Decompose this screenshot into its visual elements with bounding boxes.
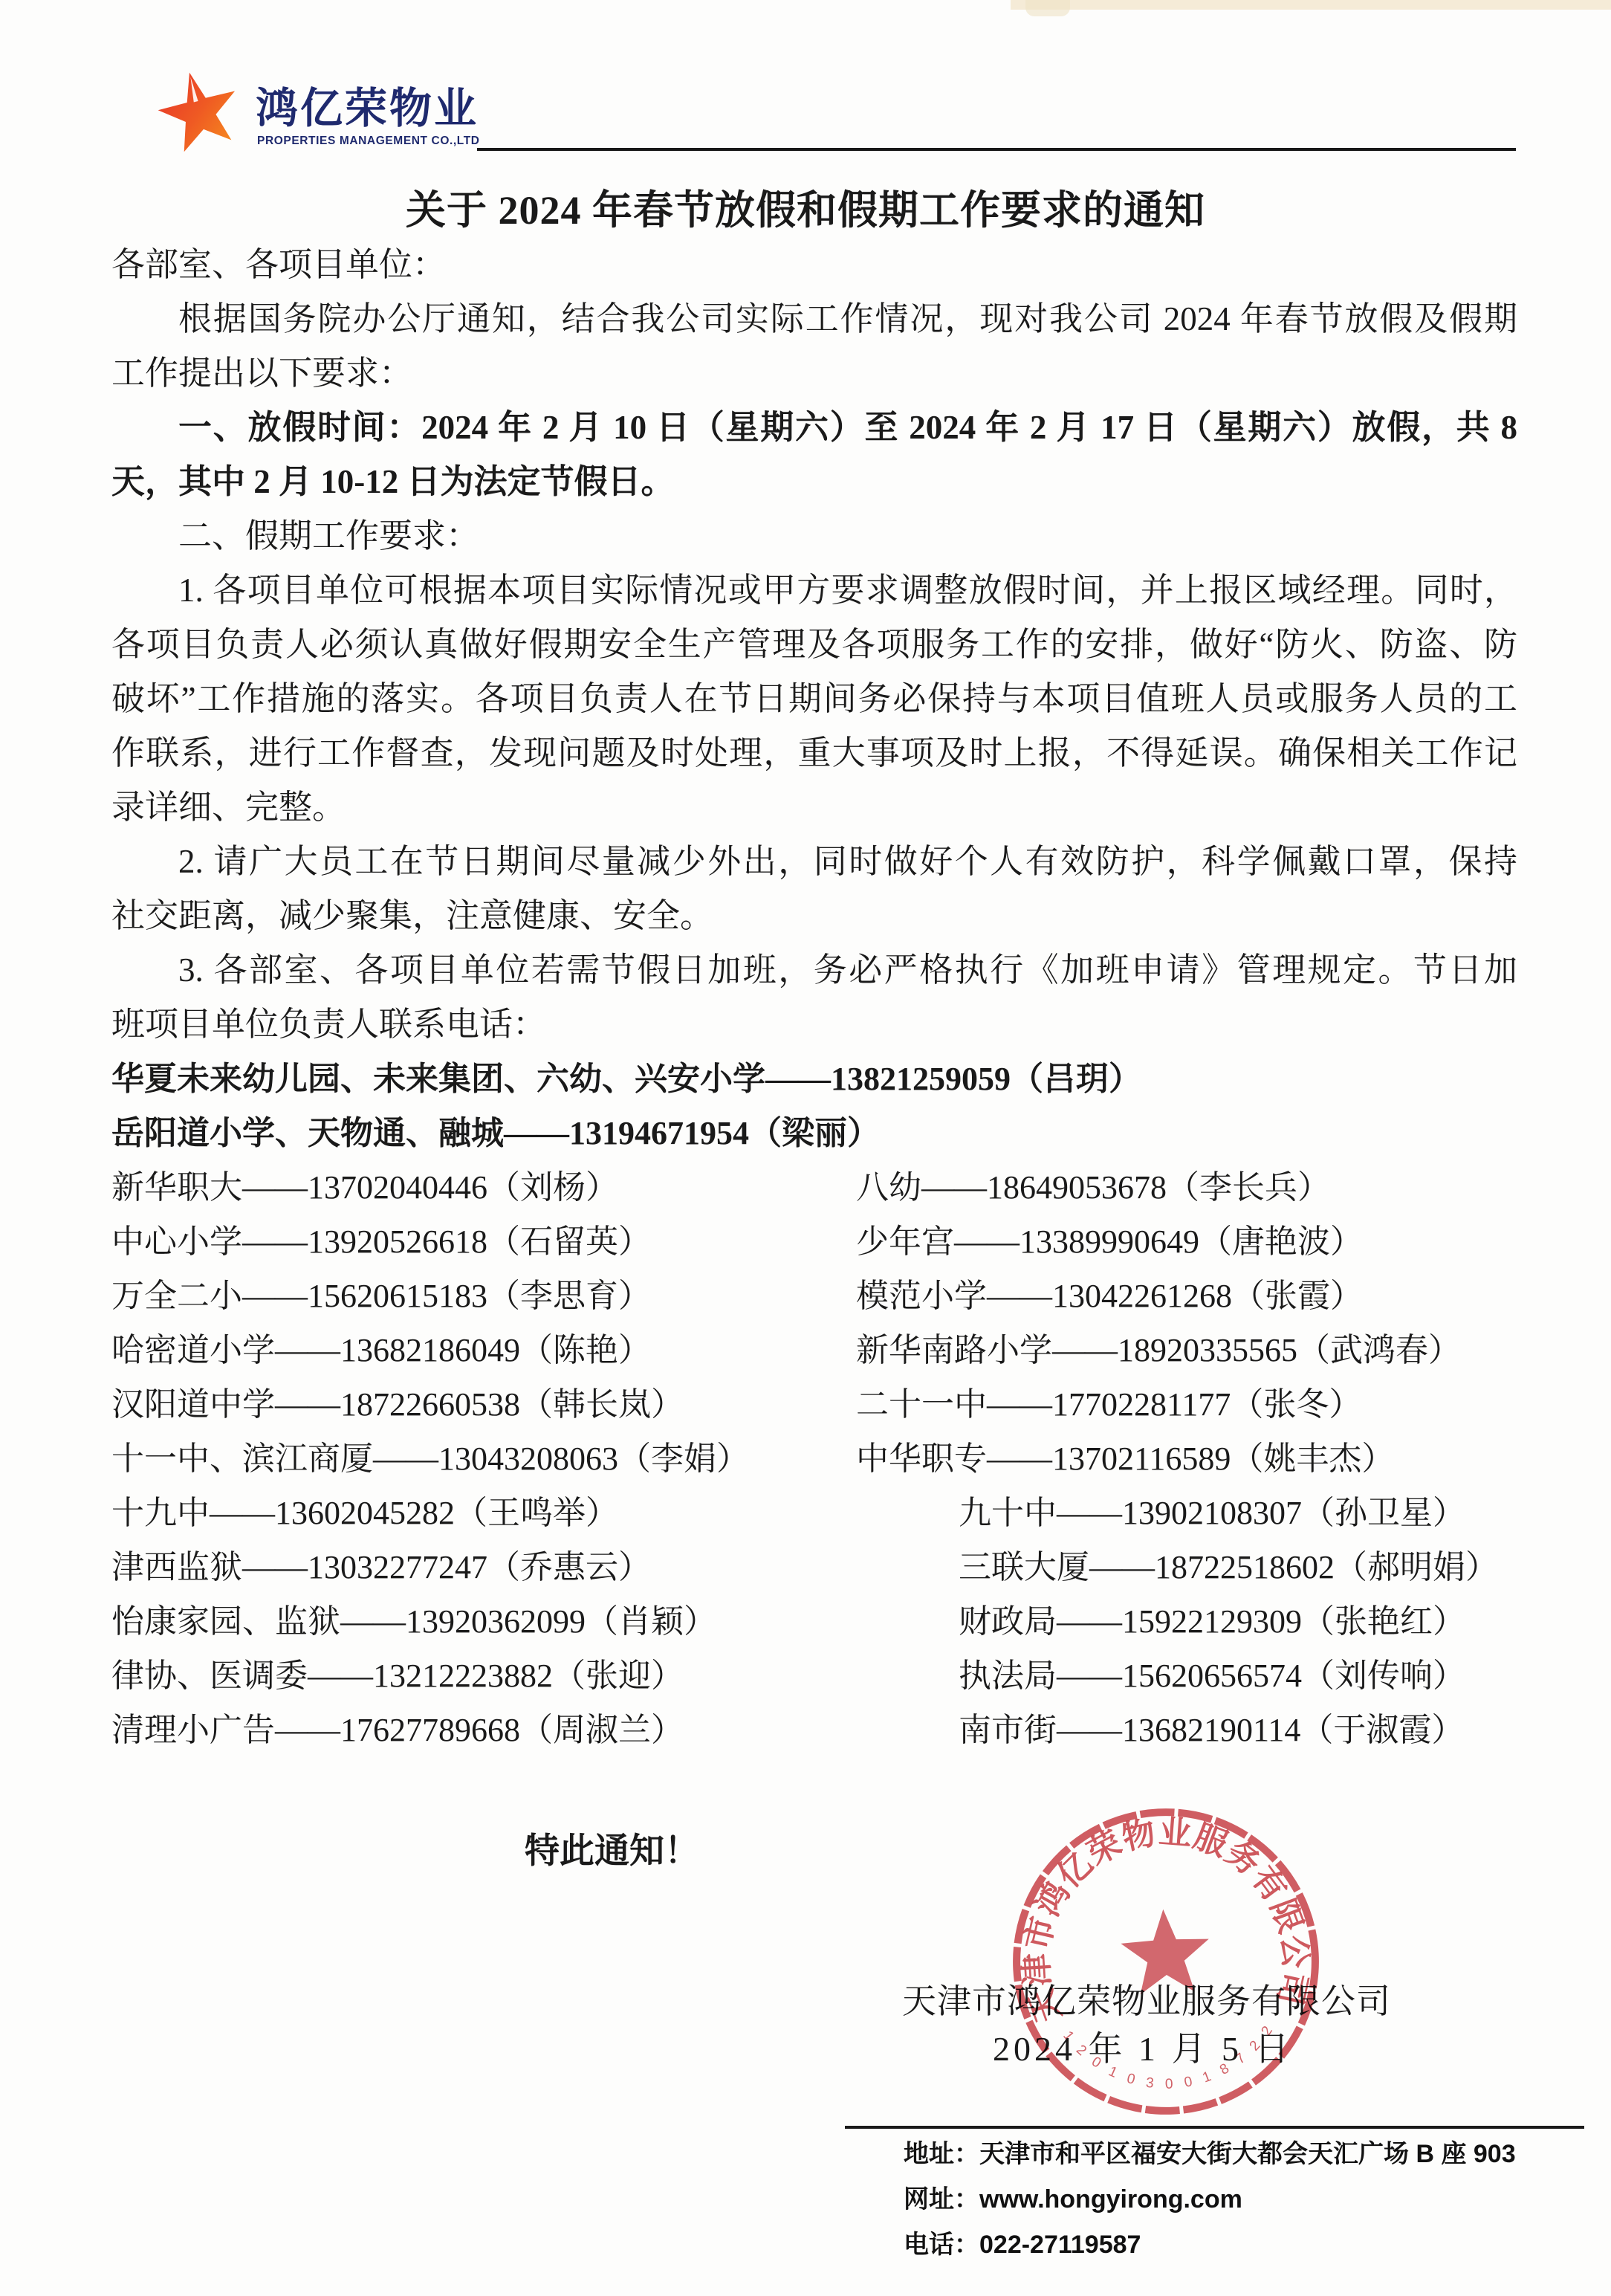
footer-address: 地址：天津市和平区福安大街大都会天汇广场 B 座 903 bbox=[904, 2132, 1602, 2177]
contact-left: 怡康家园、监狱——13920362099（肖颖） bbox=[111, 1594, 716, 1649]
footer: 地址：天津市和平区福安大街大都会天汇广场 B 座 903 网址：www.hong… bbox=[904, 2132, 1602, 2268]
body-line: 天，其中 2 月 10-12 日为法定节假日。 bbox=[111, 455, 1517, 509]
body-line: 作联系，进行工作督查，发现问题及时处理，重大事项及时上报，不得延误。确保相关工作… bbox=[111, 726, 1517, 780]
contact-right: 八幼——18649053678（李长兵） bbox=[856, 1160, 1330, 1215]
body-line: 工作提出以下要求： bbox=[111, 346, 1517, 401]
contact-line: 岳阳道小学、天物通、融城——13194671954（梁丽） bbox=[111, 1106, 1517, 1160]
contact-left: 十九中——13602045282（王鸣举） bbox=[111, 1486, 618, 1540]
body-line: 班项目单位负责人联系电话： bbox=[111, 997, 1517, 1052]
body-line: 各项目负责人必须认真做好假期安全生产管理及各项服务工作的安排，做好“防火、防盗、… bbox=[111, 618, 1517, 672]
contact-right: 模范小学——13042261268（张霞） bbox=[856, 1269, 1363, 1323]
header-divider-line bbox=[477, 148, 1516, 151]
body-line: 3. 各部室、各项目单位若需节假日加班，务必严格执行《加班申请》管理规定。节日加 bbox=[111, 943, 1517, 997]
footer-website: 网址：www.hongyirong.com bbox=[904, 2177, 1602, 2222]
contact-left: 津西监狱——13032277247（乔惠云） bbox=[111, 1540, 651, 1594]
contact-left: 新华职大——13702040446（刘杨） bbox=[111, 1160, 618, 1215]
contact-row: 律协、医调委——13212223882（张迎） 执法局——15620656574… bbox=[111, 1649, 1517, 1703]
contact-right: 九十中——13902108307（孙卫星） bbox=[959, 1486, 1465, 1540]
contact-right: 少年宫——13389990649（唐艳波） bbox=[856, 1215, 1363, 1269]
scan-edge-artifact bbox=[1025, 0, 1070, 16]
company-logo-subtitle: PROPERTIES MANAGEMENT CO.,LTD bbox=[257, 135, 480, 147]
contact-right: 二十一中——17702281177（张冬） bbox=[856, 1377, 1361, 1432]
page-title: 关于 2024 年春节放假和假期工作要求的通知 bbox=[0, 178, 1611, 236]
body-line: 2. 请广大员工在节日期间尽量减少外出，同时做好个人有效防护，科学佩戴口罩，保持 bbox=[111, 835, 1517, 889]
notice-document-page: 鸿亿荣物业 PROPERTIES MANAGEMENT CO.,LTD 关于 2… bbox=[0, 0, 1611, 2296]
contact-right: 中华职专——13702116589（姚丰杰） bbox=[856, 1432, 1394, 1486]
contact-row: 中心小学——13920526618（石留英） 少年宫——13389990649（… bbox=[111, 1215, 1517, 1269]
contact-row: 十九中——13602045282（王鸣举） 九十中——13902108307（孙… bbox=[111, 1486, 1517, 1540]
body-line: 录详细、完整。 bbox=[111, 780, 1517, 835]
notice-body: 各部室、各项目单位： 根据国务院办公厅通知，结合我公司实际工作情况，现对我公司 … bbox=[111, 238, 1517, 1757]
contact-row: 万全二小——15620615183（李思育） 模范小学——13042261268… bbox=[111, 1269, 1517, 1323]
contact-right: 执法局——15620656574（刘传响） bbox=[959, 1649, 1465, 1703]
contact-right: 财政局——15922129309（张艳红） bbox=[959, 1594, 1465, 1649]
company-seal-stamp-icon: 天津市鸿亿荣物业服务有限公司 1201030018722 bbox=[993, 1789, 1339, 2135]
footer-divider-line bbox=[845, 2126, 1584, 2129]
body-line: 一、放假时间：2024 年 2 月 10 日（星期六）至 2024 年 2 月 … bbox=[111, 401, 1517, 455]
body-line: 二、假期工作要求： bbox=[111, 509, 1517, 563]
contact-row: 哈密道小学——13682186049（陈艳） 新华南路小学——189203355… bbox=[111, 1323, 1517, 1377]
scan-edge-artifact bbox=[1011, 0, 1611, 10]
contact-left: 清理小广告——17627789668（周淑兰） bbox=[111, 1703, 684, 1757]
contact-row: 怡康家园、监狱——13920362099（肖颖） 财政局——1592212930… bbox=[111, 1594, 1517, 1649]
contact-row: 新华职大——13702040446（刘杨） 八幼——18649053678（李长… bbox=[111, 1160, 1517, 1215]
body-line: 社交距离，减少聚集，注意健康、安全。 bbox=[111, 889, 1517, 943]
contact-left: 律协、医调委——13212223882（张迎） bbox=[111, 1649, 684, 1703]
closing-statement: 特此通知！ bbox=[525, 1825, 699, 1879]
contact-line: 华夏未来幼儿园、未来集团、六幼、兴安小学——13821259059（吕玥） bbox=[111, 1052, 1517, 1106]
contact-row: 汉阳道中学——18722660538（韩长岚） 二十一中——1770228117… bbox=[111, 1377, 1517, 1432]
contact-right: 南市街——13682190114（于淑霞） bbox=[959, 1703, 1464, 1757]
salutation-line: 各部室、各项目单位： bbox=[111, 238, 1517, 292]
body-line: 根据国务院办公厅通知，结合我公司实际工作情况，现对我公司 2024 年春节放假及… bbox=[111, 292, 1517, 346]
body-line: 破坏”工作措施的落实。各项目负责人在节日期间务必保持与本项目值班人员或服务人员的… bbox=[111, 672, 1517, 726]
logo-star-icon bbox=[146, 71, 253, 155]
contact-row: 十一中、滨江商厦——13043208063（李娟） 中华职专——13702116… bbox=[111, 1432, 1517, 1486]
company-logo-name: 鸿亿荣物业 bbox=[256, 88, 479, 130]
contact-left: 万全二小——15620615183（李思育） bbox=[111, 1269, 651, 1323]
contact-right: 新华南路小学——18920335565（武鸿春） bbox=[856, 1323, 1461, 1377]
contact-left: 哈密道小学——13682186049（陈艳） bbox=[111, 1323, 651, 1377]
contact-left: 十一中、滨江商厦——13043208063（李娟） bbox=[111, 1432, 749, 1486]
contact-left: 汉阳道中学——18722660538（韩长岚） bbox=[111, 1377, 684, 1432]
contact-row: 清理小广告——17627789668（周淑兰） 南市街——13682190114… bbox=[111, 1703, 1517, 1757]
contact-row: 津西监狱——13032277247（乔惠云） 三联大厦——18722518602… bbox=[111, 1540, 1517, 1594]
footer-phone: 电话：022-27119587 bbox=[904, 2222, 1602, 2268]
contact-right: 三联大厦——18722518602（郝明娟） bbox=[959, 1540, 1498, 1594]
contact-left: 中心小学——13920526618（石留英） bbox=[111, 1215, 651, 1269]
body-line: 1. 各项目单位可根据本项目实际情况或甲方要求调整放假时间，并上报区域经理。同时… bbox=[111, 563, 1517, 618]
